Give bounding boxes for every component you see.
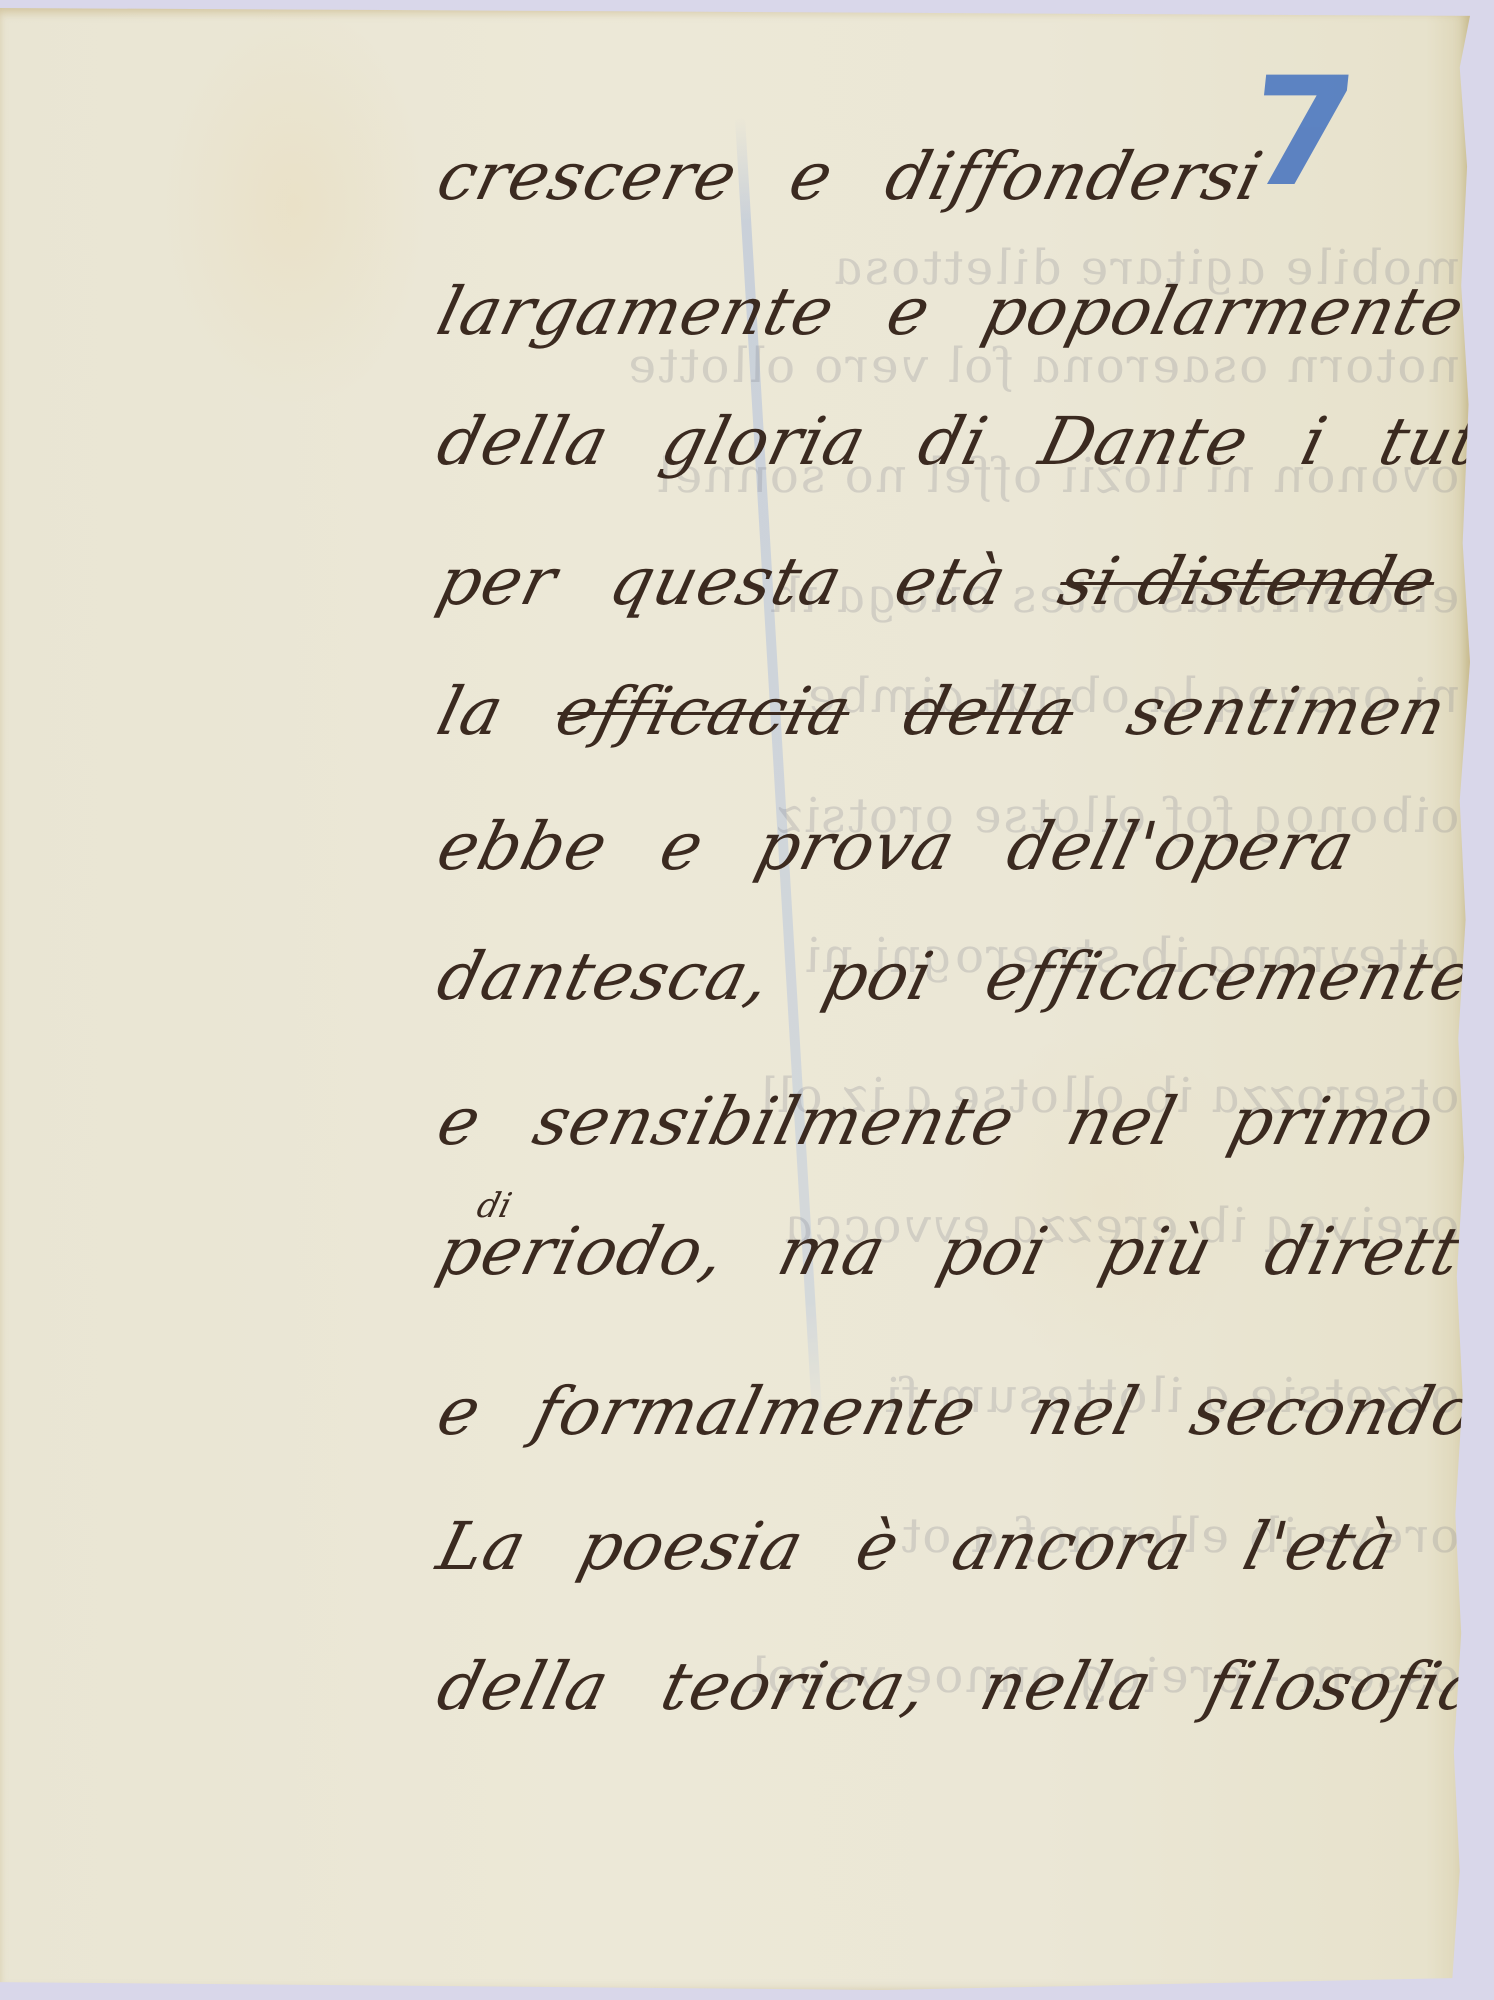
word: diffondersi [878,138,1270,215]
word: questa [602,543,851,620]
manuscript-line-4: per questa età si distende [430,543,1478,620]
word: più [1093,1213,1221,1290]
manuscript-line-10: e formalmente nel secondo. [430,1373,1494,1450]
word: formalmente [526,1373,985,1450]
word: della [430,403,617,480]
word: nella [973,1648,1160,1725]
word: poesia [571,1508,812,1585]
word: secondo. [1183,1373,1494,1450]
word: età [887,543,1014,620]
word: largamente [430,273,843,350]
word: efficacemente [978,938,1481,1015]
word: dantesca, [430,938,779,1015]
manuscript-line-2: largamente e popolarmente [430,273,1494,350]
word: e [653,808,712,885]
word: sentimen [1120,673,1454,750]
word: nel [1060,1083,1185,1160]
manuscript-line-8: e sensibilmente nel primo [430,1083,1477,1160]
word: gloria [654,403,874,480]
struck-word: efficacia [548,673,859,750]
manuscript-line-9: periodo, ma poi più direttamente [430,1213,1494,1290]
word: l'età [1236,1508,1404,1585]
word: sensibilmente [526,1083,1023,1160]
word: La [430,1508,534,1585]
struck-word: della [896,673,1083,750]
word: poi [816,938,941,1015]
manuscript-line-12: della teorica, nella filosofia [430,1648,1494,1725]
word: popolarmente [975,273,1472,350]
struck-word: si distende [1051,543,1444,620]
word: e [782,138,841,215]
manuscript-line-1: crescere e diffondersi [430,138,1305,215]
manuscript-line-11: La poesia è ancora l'età [430,1508,1438,1585]
word: periodo, [430,1213,734,1290]
word: della [430,1648,617,1725]
word: i [1294,403,1335,480]
word: teorica, [654,1648,936,1725]
word: è [849,1508,908,1585]
word: primo [1221,1083,1442,1160]
word: crescere [430,138,745,215]
word: per [430,543,565,620]
manuscript-line-5: la efficacia della sentimen [430,673,1488,750]
manuscript-line-6: ebbe e prova dell'opera [430,808,1397,885]
word: direttamente [1258,1213,1494,1290]
manuscript-line-7: dantesca, poi efficacemente [430,938,1494,1015]
word: prova [749,808,963,885]
word: ancora [945,1508,1200,1585]
word: ma [771,1213,894,1290]
manuscript-page: mobile agitare dilettosa notorn osaerona… [0,8,1470,1990]
word: ebbe [430,808,616,885]
word: di [911,403,996,480]
word: tutta [1372,403,1494,480]
word: dell'opera [1000,808,1363,885]
word: nel [1022,1373,1147,1450]
word: e [879,273,938,350]
manuscript-line-3: della gloria di Dante i tutta [430,403,1494,480]
word: filosofia [1197,1648,1490,1725]
word: Dante [1032,403,1257,480]
word: poi [931,1213,1056,1290]
